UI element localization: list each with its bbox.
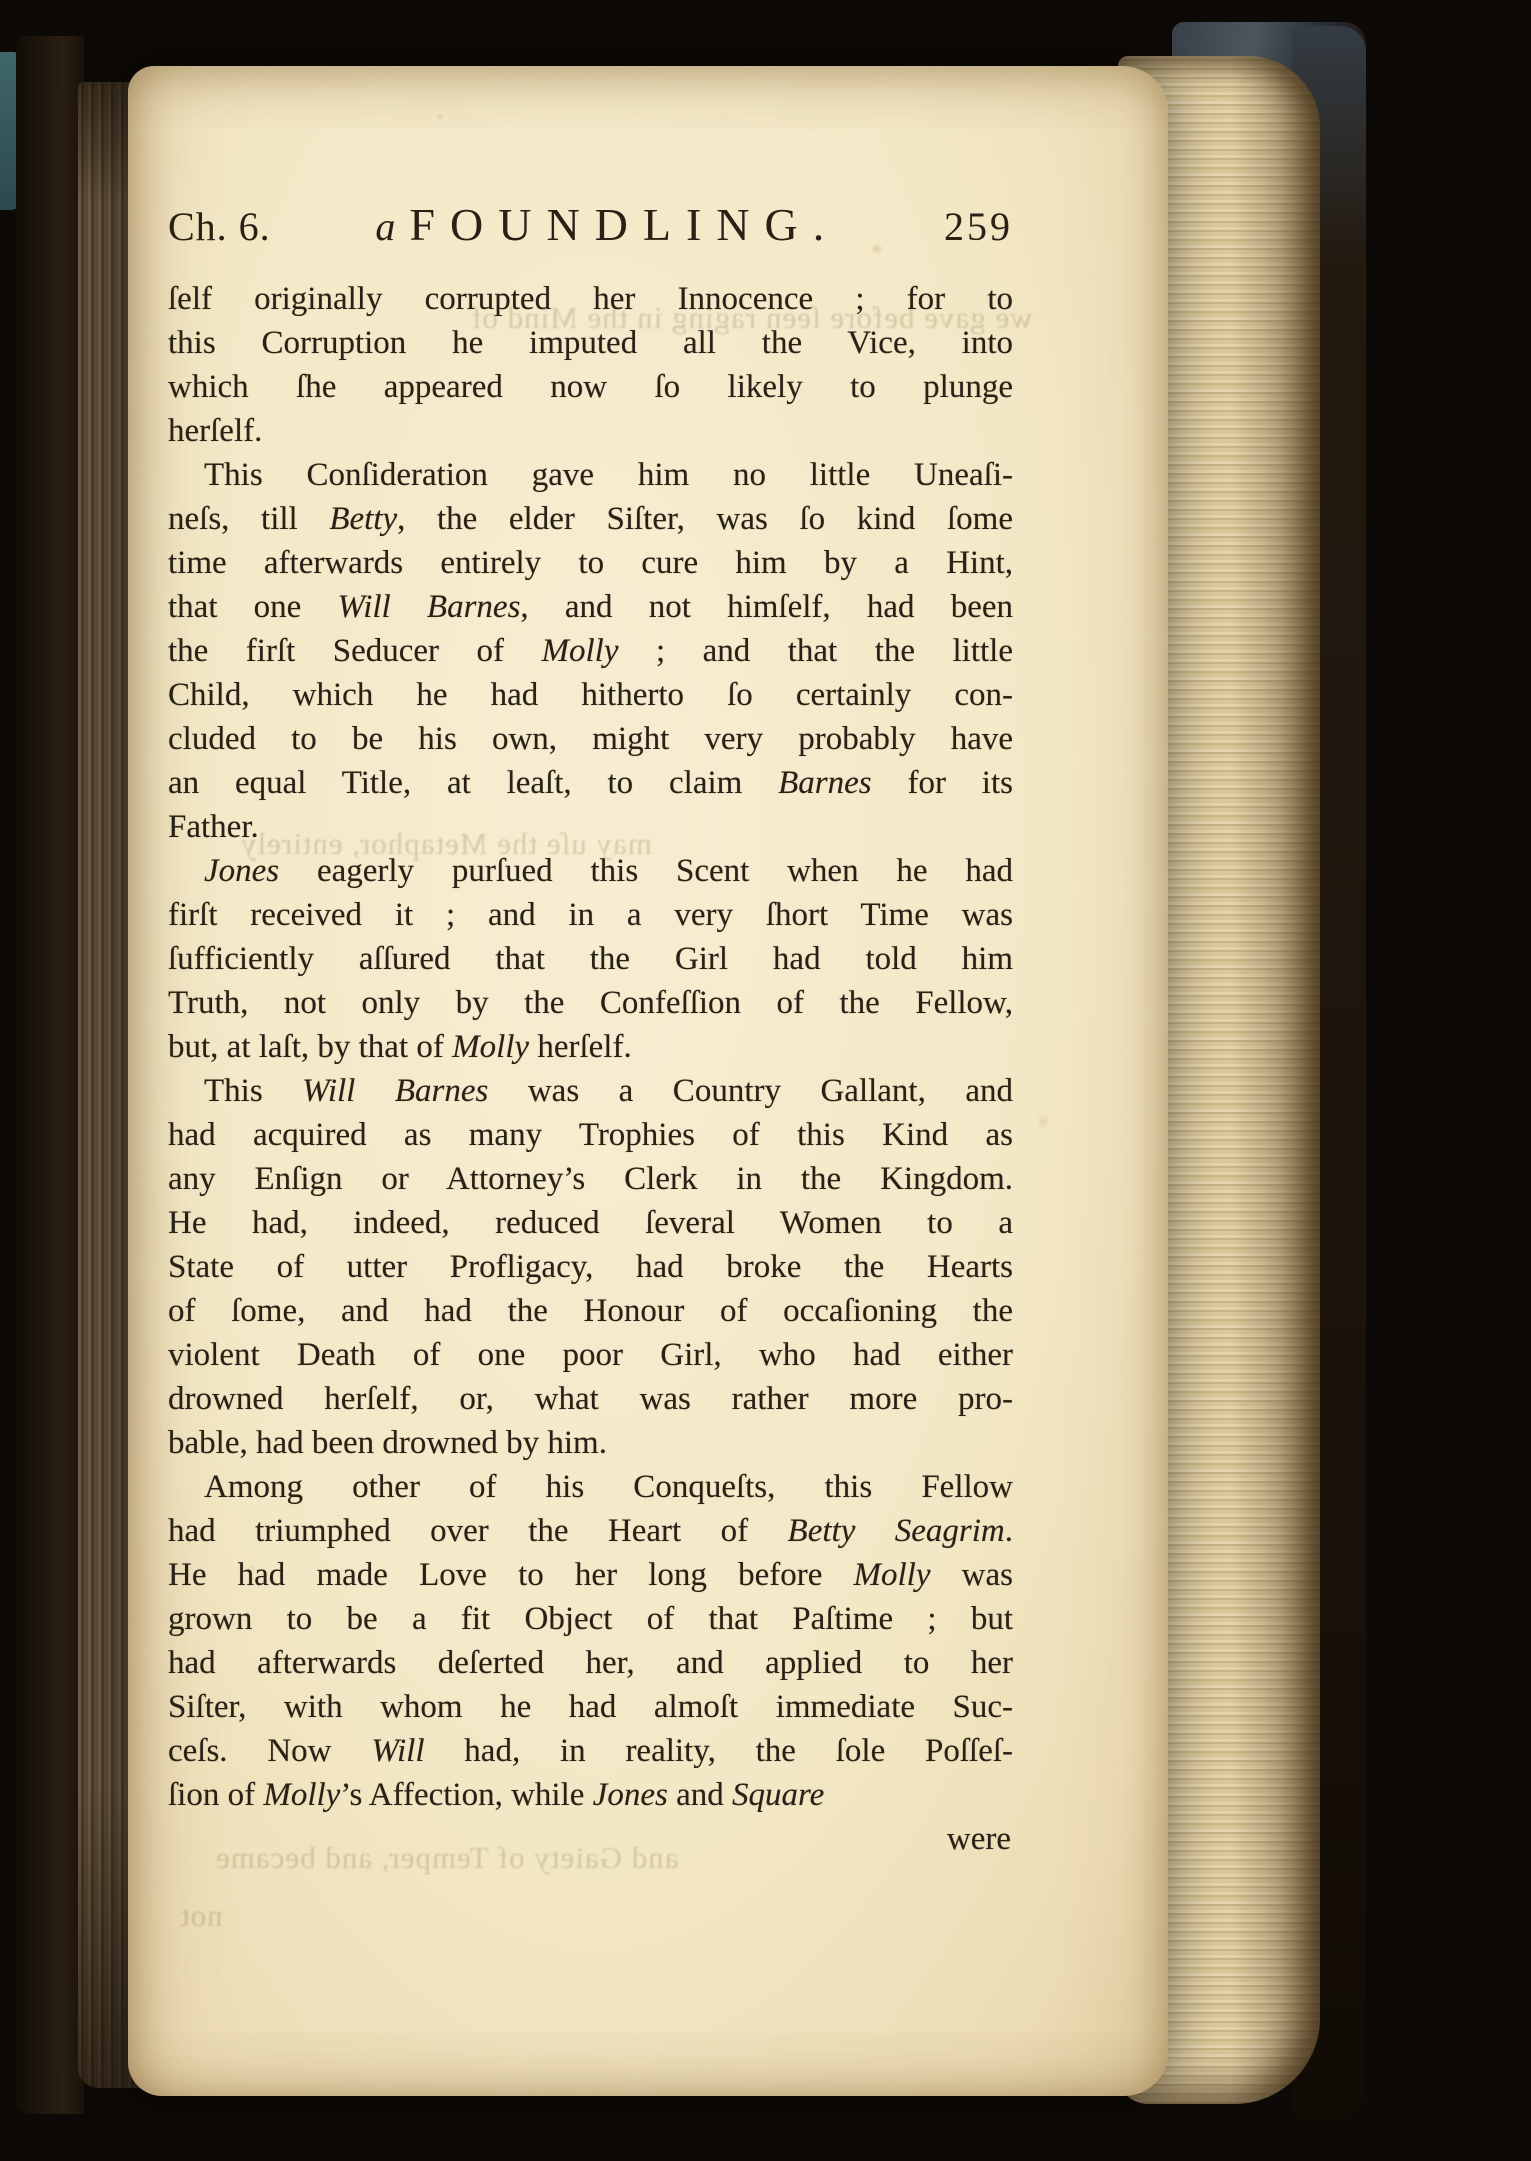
text-line: this Corruption he imputed all the Vice,…	[168, 321, 1013, 365]
text-line: but, at laſt, by that of Molly herſelf.	[168, 1025, 1013, 1069]
italic-text-segment: Betty Seagrim	[788, 1513, 1005, 1549]
italic-text-segment: Will Barnes	[338, 589, 521, 625]
text-segment: bable, had been drowned by him.	[168, 1425, 607, 1461]
text-segment: ; and that the little	[618, 633, 1013, 669]
text-segment: that one	[168, 589, 338, 625]
text-line: cluded to be his own, might very probabl…	[168, 717, 1013, 761]
book-photograph: we gave before ſeen raging in the Mind o…	[0, 0, 1531, 2161]
text-segment: This	[204, 1073, 302, 1109]
text-segment: neſs, till	[168, 501, 329, 537]
text-segment: the firſt Seducer of	[168, 633, 542, 669]
italic-text-segment: Will Barnes	[302, 1073, 488, 1109]
text-line: Among other of his Conqueſts, this Fello…	[168, 1465, 1013, 1509]
text-segment: and	[668, 1777, 732, 1813]
text-line: bable, had been drowned by him.	[168, 1421, 1013, 1465]
text-segment: drowned herſelf, or, what was rather mor…	[168, 1381, 1013, 1417]
text-line: had acquired as many Trophies of this Ki…	[168, 1113, 1013, 1157]
text-segment: , the elder Siſter, was ſo kind ſome	[397, 501, 1013, 537]
text-line: time afterwards entirely to cure him by …	[168, 541, 1013, 585]
text-line: Truth, not only by the Confeſſion of the…	[168, 981, 1013, 1025]
text-segment: State of utter Profligacy, had broke the…	[168, 1249, 1013, 1285]
text-segment: had acquired as many Trophies of this Ki…	[168, 1117, 1013, 1153]
text-segment: .	[1005, 1513, 1013, 1549]
text-line: had afterwards deſerted her, and applied…	[168, 1641, 1013, 1685]
text-segment: this Corruption he imputed all the Vice,…	[168, 325, 1013, 361]
text-segment: Among other of his Conqueſts, this Fello…	[204, 1469, 1013, 1505]
italic-text-segment: Will	[371, 1733, 424, 1769]
running-header: Ch. 6. aFOUNDLING. 259	[168, 198, 1013, 251]
text-segment: had, in reality, the ſole Poſſeſ-	[425, 1733, 1014, 1769]
text-line: of ſome, and had the Honour of occaſioni…	[168, 1289, 1013, 1333]
text-line: ſion of Molly’s Affection, while Jones a…	[168, 1773, 1013, 1817]
text-line: herſelf.	[168, 409, 1013, 453]
text-segment: Truth, not only by the Confeſſion of the…	[168, 985, 1013, 1021]
text-line: Child, which he had hitherto ſo certainl…	[168, 673, 1013, 717]
text-segment: was a Country Gallant, and	[488, 1073, 1013, 1109]
running-title-article: a	[375, 204, 395, 249]
text-segment: any Enſign or Attorney’s Clerk in the Ki…	[168, 1161, 1013, 1197]
text-line: violent Death of one poor Girl, who had …	[168, 1333, 1013, 1377]
text-segment: This Conſideration gave him no little Un…	[204, 457, 1013, 493]
italic-text-segment: Molly	[854, 1557, 931, 1593]
running-title-text: FOUNDLING.	[409, 199, 839, 250]
paragraphs: ſelf originally corrupted her Innocence …	[168, 277, 1013, 1817]
text-segment: eagerly purſued this Scent when he had	[279, 853, 1013, 889]
text-line: He had made Love to her long before Moll…	[168, 1553, 1013, 1597]
text-line: grown to be a fit Object of that Paſtime…	[168, 1597, 1013, 1641]
paragraph: ſelf originally corrupted her Innocence …	[168, 277, 1013, 453]
text-segment: but, at laſt, by that of	[168, 1029, 452, 1065]
text-line: neſs, till Betty, the elder Siſter, was …	[168, 497, 1013, 541]
text-segment: which ſhe appeared now ſo likely to plun…	[168, 369, 1013, 405]
text-segment: Siſter, with whom he had almoſt immediat…	[168, 1689, 1013, 1725]
text-segment: Child, which he had hitherto ſo certainl…	[168, 677, 1013, 713]
text-line: any Enſign or Attorney’s Clerk in the Ki…	[168, 1157, 1013, 1201]
text-line: Jones eagerly purſued this Scent when he…	[168, 849, 1013, 893]
text-segment: herſelf.	[168, 413, 262, 449]
text-segment: cluded to be his own, might very probabl…	[168, 721, 1013, 757]
printed-text-block: Ch. 6. aFOUNDLING. 259 ſelf originally c…	[168, 198, 1013, 1861]
text-line: drowned herſelf, or, what was rather mor…	[168, 1377, 1013, 1421]
italic-text-segment: Square	[732, 1777, 824, 1813]
text-segment: Father.	[168, 809, 259, 845]
italic-text-segment: Molly	[452, 1029, 529, 1065]
text-segment: ſelf originally corrupted her Innocence …	[168, 281, 1013, 317]
italic-text-segment: Molly	[542, 633, 619, 669]
italic-text-segment: Barnes	[778, 765, 872, 801]
italic-text-segment: Betty	[329, 501, 397, 537]
italic-text-segment: Jones	[593, 1777, 668, 1813]
text-line: This Will Barnes was a Country Gallant, …	[168, 1069, 1013, 1113]
text-line: Siſter, with whom he had almoſt immediat…	[168, 1685, 1013, 1729]
paragraph: Jones eagerly purſued this Scent when he…	[168, 849, 1013, 1069]
text-segment: had afterwards deſerted her, and applied…	[168, 1645, 1013, 1681]
chapter-label: Ch. 6.	[168, 203, 271, 250]
text-segment: , and not himſelf, had been	[520, 589, 1013, 625]
text-segment: an equal Title, at leaſt, to claim	[168, 765, 778, 801]
text-line: firſt received it ; and in a very ſhort …	[168, 893, 1013, 937]
text-line: ſelf originally corrupted her Innocence …	[168, 277, 1013, 321]
text-segment: He had made Love to her long before	[168, 1557, 854, 1593]
italic-text-segment: Molly	[263, 1777, 340, 1813]
paragraph: Among other of his Conqueſts, this Fello…	[168, 1465, 1013, 1817]
text-segment: He had, indeed, reduced ſeveral Women to…	[168, 1205, 1013, 1241]
book-cover-left-edge	[16, 36, 84, 2114]
italic-text-segment: Jones	[204, 853, 279, 889]
text-segment: ſion of	[168, 1777, 263, 1813]
text-segment: grown to be a fit Object of that Paſtime…	[168, 1601, 1013, 1637]
text-line: an equal Title, at leaſt, to claim Barne…	[168, 761, 1013, 805]
text-segment: firſt received it ; and in a very ſhort …	[168, 897, 1013, 933]
running-title: aFOUNDLING.	[271, 198, 944, 251]
catchword: were	[168, 1817, 1013, 1861]
text-segment: ſufficiently aſſured that the Girl had t…	[168, 941, 1013, 977]
text-segment: ’s Affection, while	[340, 1777, 592, 1813]
text-line: had triumphed over the Heart of Betty Se…	[168, 1509, 1013, 1553]
text-line: that one Will Barnes, and not himſelf, h…	[168, 585, 1013, 629]
text-line: the firſt Seducer of Molly ; and that th…	[168, 629, 1013, 673]
text-segment: time afterwards entirely to cure him by …	[168, 545, 1013, 581]
text-segment: was	[931, 1557, 1014, 1593]
text-line: ceſs. Now Will had, in reality, the ſole…	[168, 1729, 1013, 1773]
text-segment: had triumphed over the Heart of	[168, 1513, 788, 1549]
text-segment: violent Death of one poor Girl, who had …	[168, 1337, 1013, 1373]
text-line: ſufficiently aſſured that the Girl had t…	[168, 937, 1013, 981]
text-segment: of ſome, and had the Honour of occaſioni…	[168, 1293, 1013, 1329]
text-segment: for its	[872, 765, 1013, 801]
paragraph: This Conſideration gave him no little Un…	[168, 453, 1013, 849]
page-number: 259	[944, 203, 1013, 250]
text-segment: ceſs. Now	[168, 1733, 371, 1769]
text-line: which ſhe appeared now ſo likely to plun…	[168, 365, 1013, 409]
paragraph: This Will Barnes was a Country Gallant, …	[168, 1069, 1013, 1465]
text-segment: herſelf.	[529, 1029, 632, 1065]
text-line: He had, indeed, reduced ſeveral Women to…	[168, 1201, 1013, 1245]
text-line: State of utter Profligacy, had broke the…	[168, 1245, 1013, 1289]
text-line: Father.	[168, 805, 1013, 849]
text-line: This Conſideration gave him no little Un…	[168, 453, 1013, 497]
